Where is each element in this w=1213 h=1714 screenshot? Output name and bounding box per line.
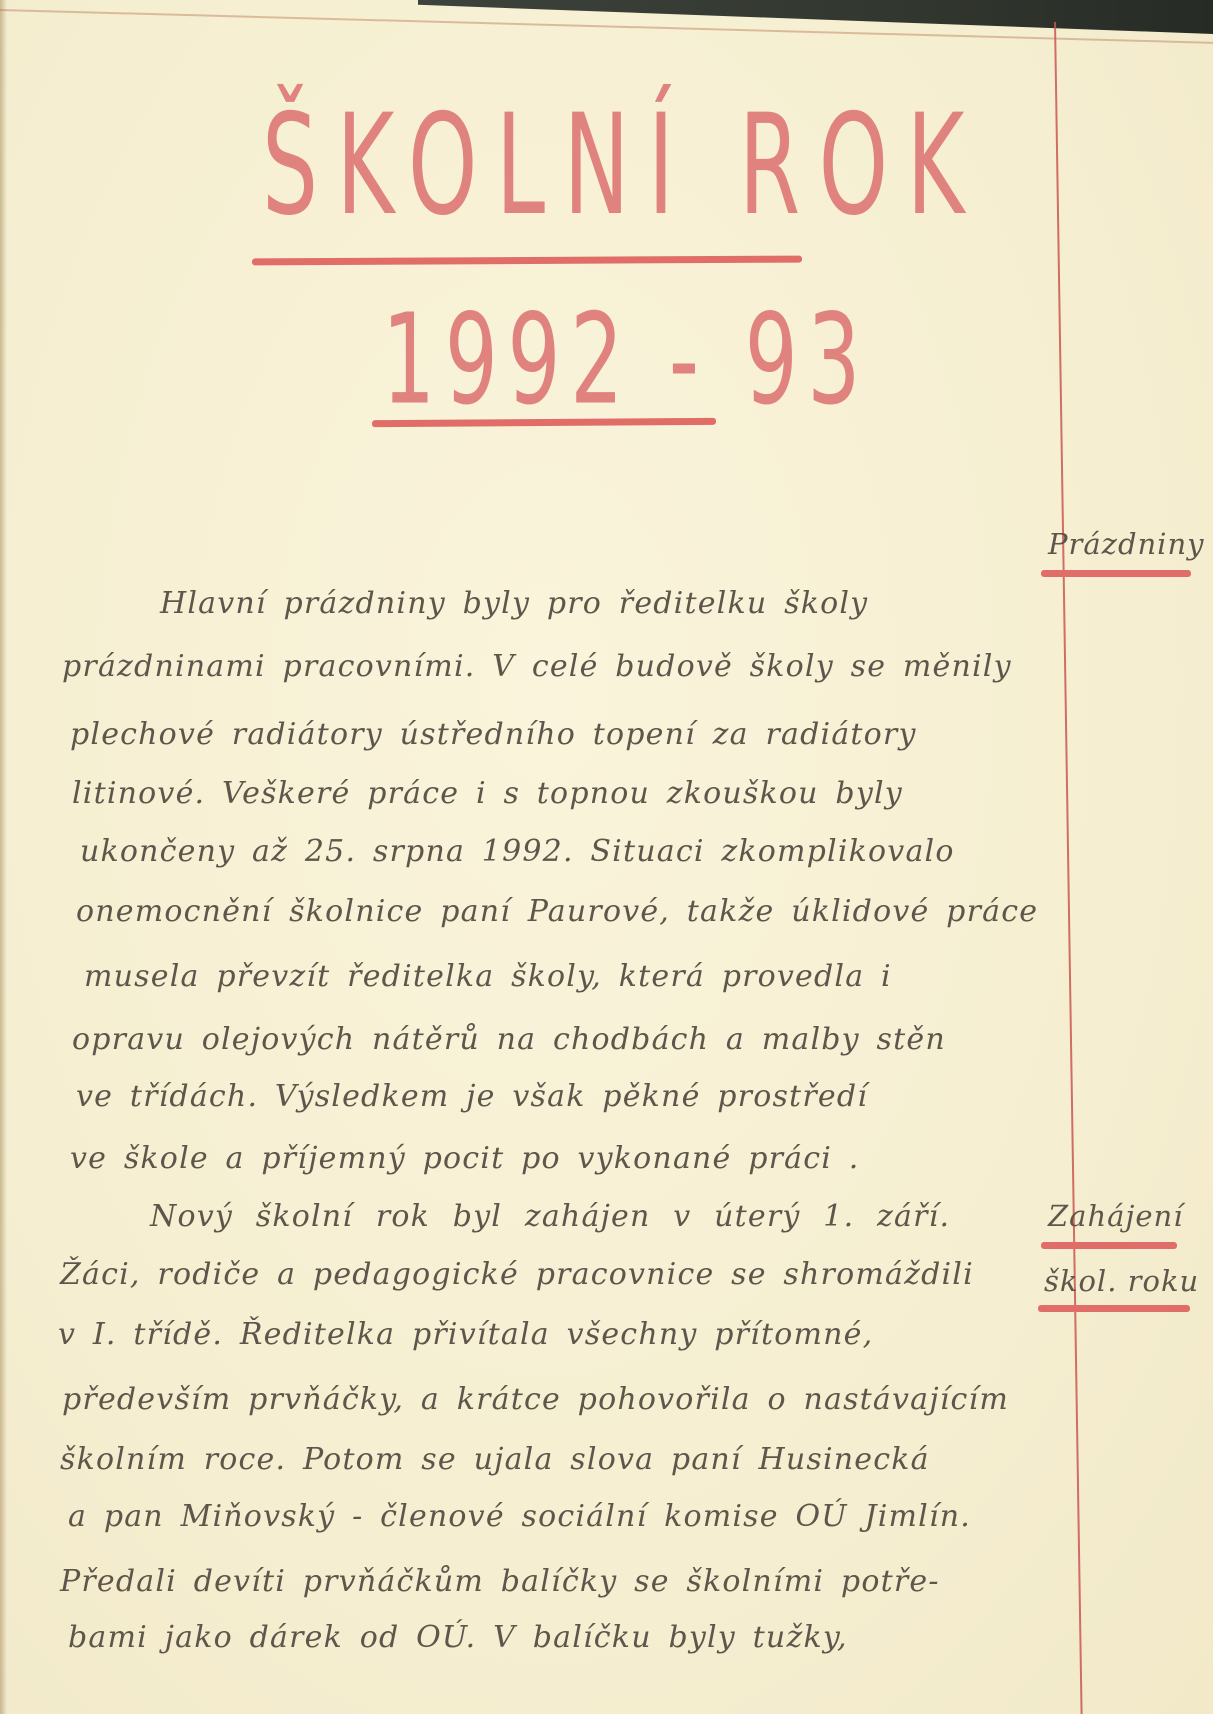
margin-note-school-year-opening-line1: Zahájení	[1048, 1199, 1184, 1233]
margin-note-underline	[1041, 1242, 1177, 1249]
body-line: plechové radiátory ústředního topení za …	[70, 717, 917, 752]
book-binding-edge	[418, 0, 1213, 34]
body-line: prázdninami pracovními. V celé budově šk…	[62, 649, 1012, 684]
page-title-line2: 1992 - 93	[382, 286, 870, 432]
red-margin-rule	[1054, 22, 1083, 1714]
margin-note-holidays: Prázdniny	[1048, 527, 1205, 561]
title-underline-1	[252, 256, 802, 266]
body-line: a pan Miňovský - členové sociální komise…	[68, 1499, 971, 1534]
body-line: opravu olejových nátěrů na chodbách a ma…	[72, 1022, 946, 1057]
margin-note-underline	[1041, 570, 1191, 577]
page-title-line1: ŠKOLNÍ ROK	[262, 84, 983, 246]
body-line: ve škole a příjemný pocit po vykonané pr…	[70, 1141, 860, 1176]
page-left-edge-shadow	[0, 0, 7, 1714]
body-line: ve třídách. Výsledkem je však pěkné pros…	[76, 1079, 868, 1114]
body-line: v I. třídě. Ředitelka přivítala všechny …	[58, 1317, 873, 1352]
margin-note-underline	[1038, 1305, 1190, 1312]
body-line: onemocnění školnice paní Paurové, takže …	[76, 894, 1038, 929]
body-line: Žáci, rodiče a pedagogické pracovnice se…	[60, 1257, 974, 1292]
margin-note-school-year-opening-line2: škol. roku	[1044, 1264, 1199, 1298]
body-line: musela převzít ředitelka školy, která pr…	[84, 959, 892, 994]
body-line: bami jako dárek od OÚ. V balíčku byly tu…	[68, 1620, 848, 1655]
body-line: Hlavní prázdniny byly pro ředitelku škol…	[160, 586, 868, 621]
body-line: především prvňáčky, a krátce pohovořila …	[62, 1382, 1009, 1417]
body-line: ukončeny až 25. srpna 1992. Situaci zkom…	[80, 834, 955, 869]
body-line: školním roce. Potom se ujala slova paní …	[60, 1442, 930, 1477]
chronicle-page: ŠKOLNÍ ROK 1992 - 93 Hlavní prázdniny by…	[0, 0, 1213, 1714]
body-line: Předali devíti prvňáčkům balíčky se škol…	[60, 1564, 940, 1599]
body-line: Nový školní rok byl zahájen v úterý 1. z…	[150, 1199, 950, 1234]
body-line: litinové. Veškeré práce i s topnou zkouš…	[72, 776, 903, 811]
